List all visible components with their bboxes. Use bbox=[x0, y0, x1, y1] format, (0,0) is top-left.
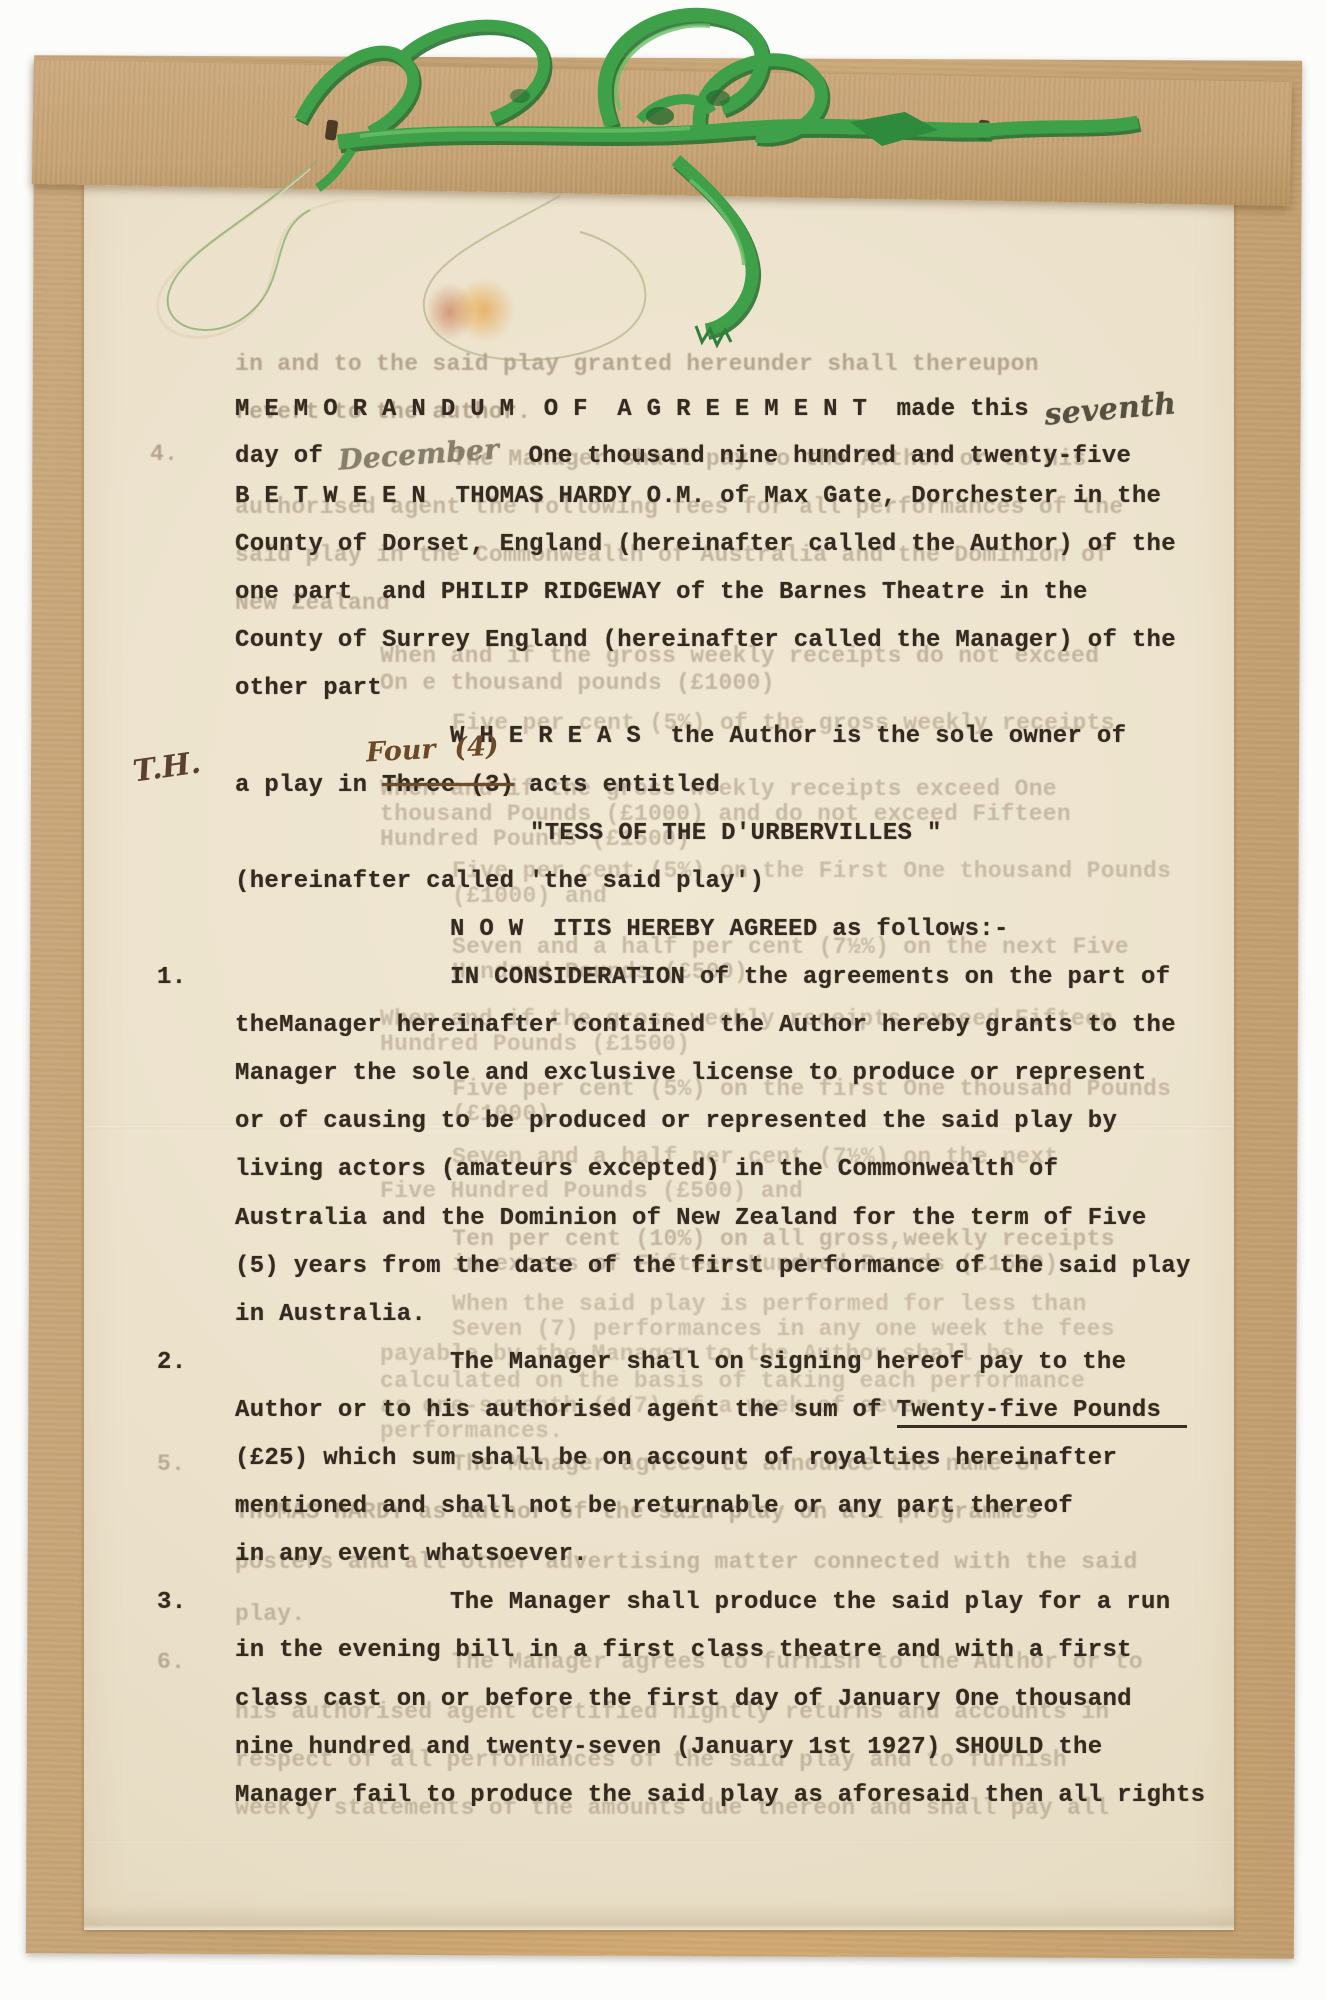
typed-line: or of causing to be produced or represen… bbox=[235, 1108, 1117, 1135]
typed-line: (5) years from the date of the first per… bbox=[235, 1253, 1191, 1280]
typed-line: in the evening bill in a first class the… bbox=[235, 1637, 1132, 1664]
bleedthrough-line: On e thousand pounds (£1000) bbox=[380, 670, 775, 696]
typed-line: one part and PHILIP RIDGEWAY of the Barn… bbox=[235, 579, 1088, 606]
typed-line: Manager fail to produce the said play as… bbox=[235, 1782, 1205, 1809]
document-photo: in and to the said play granted hereunde… bbox=[0, 0, 1326, 2000]
typed-line: in any event whatsoever. bbox=[235, 1541, 588, 1568]
typed-line: Author or to his authorised agent the su… bbox=[235, 1397, 1187, 1424]
ribbon-fold bbox=[850, 112, 938, 146]
fold-crease bbox=[86, 1840, 1232, 1845]
typed-line: County of Dorset, England (hereinafter c… bbox=[235, 531, 1176, 558]
typed-line: County of Surrey England (hereinafter ca… bbox=[235, 627, 1176, 654]
typed-line: The Manager shall produce the said play … bbox=[450, 1589, 1170, 1616]
typed-line: (£25) which sum shall be on account of r… bbox=[235, 1445, 1117, 1472]
bleedthrough-line: 6. bbox=[157, 1649, 185, 1675]
typed-line: IN CONSIDERATION of the agreements on th… bbox=[450, 964, 1170, 991]
typed-line: "TESS OF THE D'URBERVILLES " bbox=[530, 820, 942, 847]
typed-line: 3. bbox=[157, 1589, 186, 1616]
typed-line: (hereinafter called 'the said play') bbox=[235, 868, 764, 895]
loose-thread-green bbox=[168, 160, 318, 330]
green-ribbon-icon bbox=[0, 0, 1326, 460]
ribbon-hole-left bbox=[325, 119, 339, 140]
loose-thread-loop bbox=[424, 196, 646, 360]
bleedthrough-line: When the said play is performed for less… bbox=[452, 1291, 1087, 1317]
typed-line: Australia and the Dominion of New Zealan… bbox=[235, 1205, 1147, 1232]
typed-line: theManager hereinafter contained the Aut… bbox=[235, 1012, 1176, 1039]
bleedthrough-line: play. bbox=[235, 1601, 306, 1627]
typed-line: 2. bbox=[157, 1349, 186, 1376]
typed-line: Manager the sole and exclusive license t… bbox=[235, 1060, 1147, 1087]
typed-line: B E T W E E N THOMAS HARDY O.M. of Max G… bbox=[235, 483, 1161, 510]
loose-thread-cream bbox=[158, 168, 382, 337]
typed-line: N O W ITIS HEREBY AGREED as follows:- bbox=[450, 916, 1009, 943]
bleedthrough-line: Seven (7) performances in any one week t… bbox=[452, 1316, 1115, 1342]
typed-line: 1. bbox=[157, 964, 186, 991]
typed-line: in Australia. bbox=[235, 1301, 426, 1328]
typed-line: other part bbox=[235, 675, 382, 702]
typed-line: The Manager shall on signing hereof pay … bbox=[450, 1349, 1126, 1376]
typed-line: a play in Three (3) acts entitled bbox=[235, 772, 720, 799]
bleedthrough-line: 5. bbox=[157, 1451, 185, 1477]
typed-line: mentioned and shall not be returnable or… bbox=[235, 1493, 1073, 1520]
typed-line: living actors (amateurs excepted) in the… bbox=[235, 1156, 1058, 1183]
typed-line: W H E R E A S the Author is the sole own… bbox=[450, 723, 1126, 750]
typed-line: nine hundred and twenty-seven (January 1… bbox=[235, 1734, 1102, 1761]
typed-line: class cast on or before the first day of… bbox=[235, 1686, 1132, 1713]
